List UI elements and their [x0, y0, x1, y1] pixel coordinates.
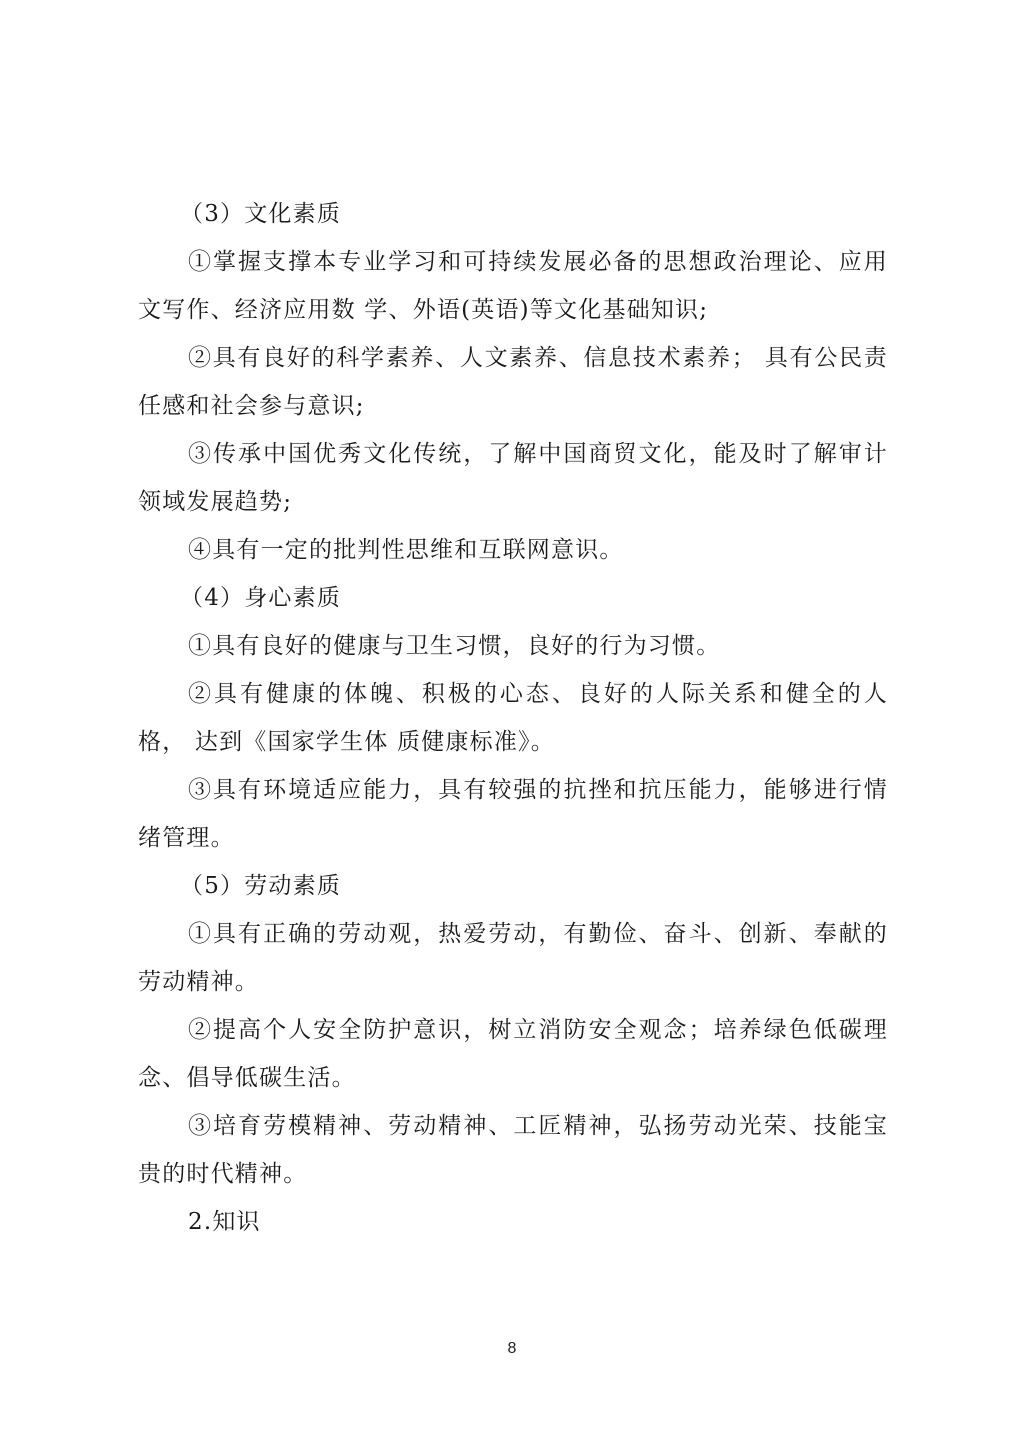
labor-item-1: ①具有正确的劳动观，热爱劳动，有勤俭、奋斗、创新、奉献的劳动精神。: [138, 910, 888, 1006]
section-heading-culture: （3）文化素质: [138, 190, 888, 238]
physical-mental-item-2: ②具有健康的体魄、积极的心态、良好的人际关系和健全的人格， 达到《国家学生体 质…: [138, 670, 888, 766]
section-heading-knowledge: 2.知识: [138, 1198, 888, 1246]
labor-item-2: ②提高个人安全防护意识，树立消防安全观念；培养绿色低碳理念、倡导低碳生活。: [138, 1006, 888, 1102]
culture-item-1: ①掌握支撑本专业学习和可持续发展必备的思想政治理论、应用文写作、经济应用数 学、…: [138, 238, 888, 334]
section-heading-physical-mental: （4）身心素质: [138, 574, 888, 622]
culture-item-3: ③传承中国优秀文化传统，了解中国商贸文化，能及时了解审计领域发展趋势;: [138, 430, 888, 526]
culture-item-2: ②具有良好的科学素养、人文素养、信息技术素养； 具有公民责任感和社会参与意识;: [138, 334, 888, 430]
page-number: 8: [0, 1340, 1024, 1358]
physical-mental-item-1: ①具有良好的健康与卫生习惯，良好的行为习惯。: [138, 622, 888, 670]
page-content: （3）文化素质 ①掌握支撑本专业学习和可持续发展必备的思想政治理论、应用文写作、…: [138, 190, 888, 1246]
document-page: （3）文化素质 ①掌握支撑本专业学习和可持续发展必备的思想政治理论、应用文写作、…: [0, 0, 1024, 1448]
culture-item-4: ④具有一定的批判性思维和互联网意识。: [138, 526, 888, 574]
section-heading-labor: （5）劳动素质: [138, 862, 888, 910]
physical-mental-item-3: ③具有环境适应能力，具有较强的抗挫和抗压能力，能够进行情绪管理。: [138, 766, 888, 862]
labor-item-3: ③培育劳模精神、劳动精神、工匠精神，弘扬劳动光荣、技能宝贵的时代精神。: [138, 1102, 888, 1198]
